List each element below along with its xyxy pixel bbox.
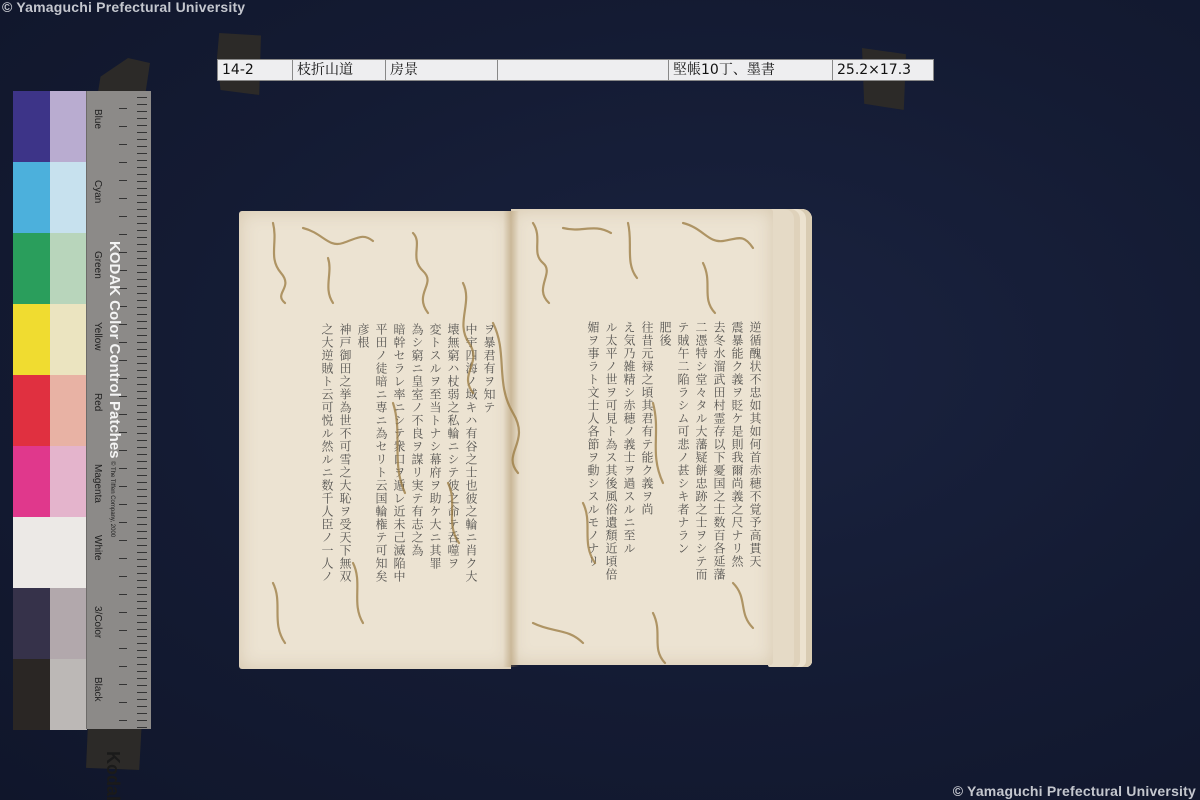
chart-copyright: © The Tiffen Company, 2000: [109, 461, 115, 537]
ruler-ticks-inches: [129, 91, 147, 729]
patch-label: Magenta: [92, 464, 103, 503]
patch-light: [50, 162, 87, 233]
open-manuscript-book: 逆循醜状不忠如其如何首赤穂不覚予高貫天震暴能ク義ヲ貶ケ是則我爾尚義之尺ナリ然去冬…: [233, 203, 813, 673]
watermark-top-left: © Yamaguchi Prefectural University: [2, 0, 245, 15]
patch-row-cyan: [13, 162, 87, 233]
patch-label: Cyan: [92, 180, 103, 203]
patch-row-magenta: [13, 446, 87, 517]
patch-row-3color: [13, 588, 87, 659]
patch-dark: [13, 659, 50, 730]
format-description: 堅帳10丁、墨書: [669, 60, 833, 80]
patch-light: [50, 446, 87, 517]
watermark-bottom-right: © Yamaguchi Prefectural University: [953, 783, 1196, 799]
patch-light: [50, 233, 87, 304]
patch-label: 3/Color: [92, 606, 103, 638]
patch-light: [50, 375, 87, 446]
wormhole-damage: [233, 203, 813, 673]
patch-label: Green: [92, 251, 103, 279]
patch-light: [50, 304, 87, 375]
patch-dark: [13, 588, 50, 659]
patch-row-yellow: [13, 304, 87, 375]
patch-light: [50, 517, 87, 588]
chart-title: KODAK Color Control Patches: [106, 241, 123, 459]
patch-light: [50, 91, 87, 162]
catalog-number: 14-2: [218, 60, 293, 80]
collection-title: 枝折山道: [293, 60, 386, 80]
patch-row-white: [13, 517, 87, 588]
kodak-ruler: KODAK Color Control Patches © The Tiffen…: [86, 91, 151, 729]
dimensions: 25.2×17.3: [833, 60, 933, 80]
patch-light: [50, 588, 87, 659]
patch-label: White: [92, 535, 103, 561]
kodak-logo: Kodak: [102, 751, 123, 800]
patch-dark: [13, 375, 50, 446]
catalog-label-strip: 14-2 枝折山道 房景 堅帳10丁、墨書 25.2×17.3: [217, 59, 934, 81]
patch-dark: [13, 517, 50, 588]
patch-label: Red: [92, 393, 103, 411]
patch-label: Black: [92, 677, 103, 701]
patch-row-green: [13, 233, 87, 304]
author-name: 房景: [386, 60, 498, 80]
patch-dark: [13, 91, 50, 162]
patch-row-blue: [13, 91, 87, 162]
patch-dark: [13, 446, 50, 517]
patch-light: [50, 659, 87, 730]
color-control-patches: [13, 91, 87, 731]
patch-label: Yellow: [92, 322, 103, 351]
patch-dark: [13, 233, 50, 304]
patch-dark: [13, 304, 50, 375]
patch-label: Blue: [92, 109, 103, 129]
patch-dark: [13, 162, 50, 233]
empty-field: [498, 60, 669, 80]
patch-row-black: [13, 659, 87, 730]
patch-row-red: [13, 375, 87, 446]
